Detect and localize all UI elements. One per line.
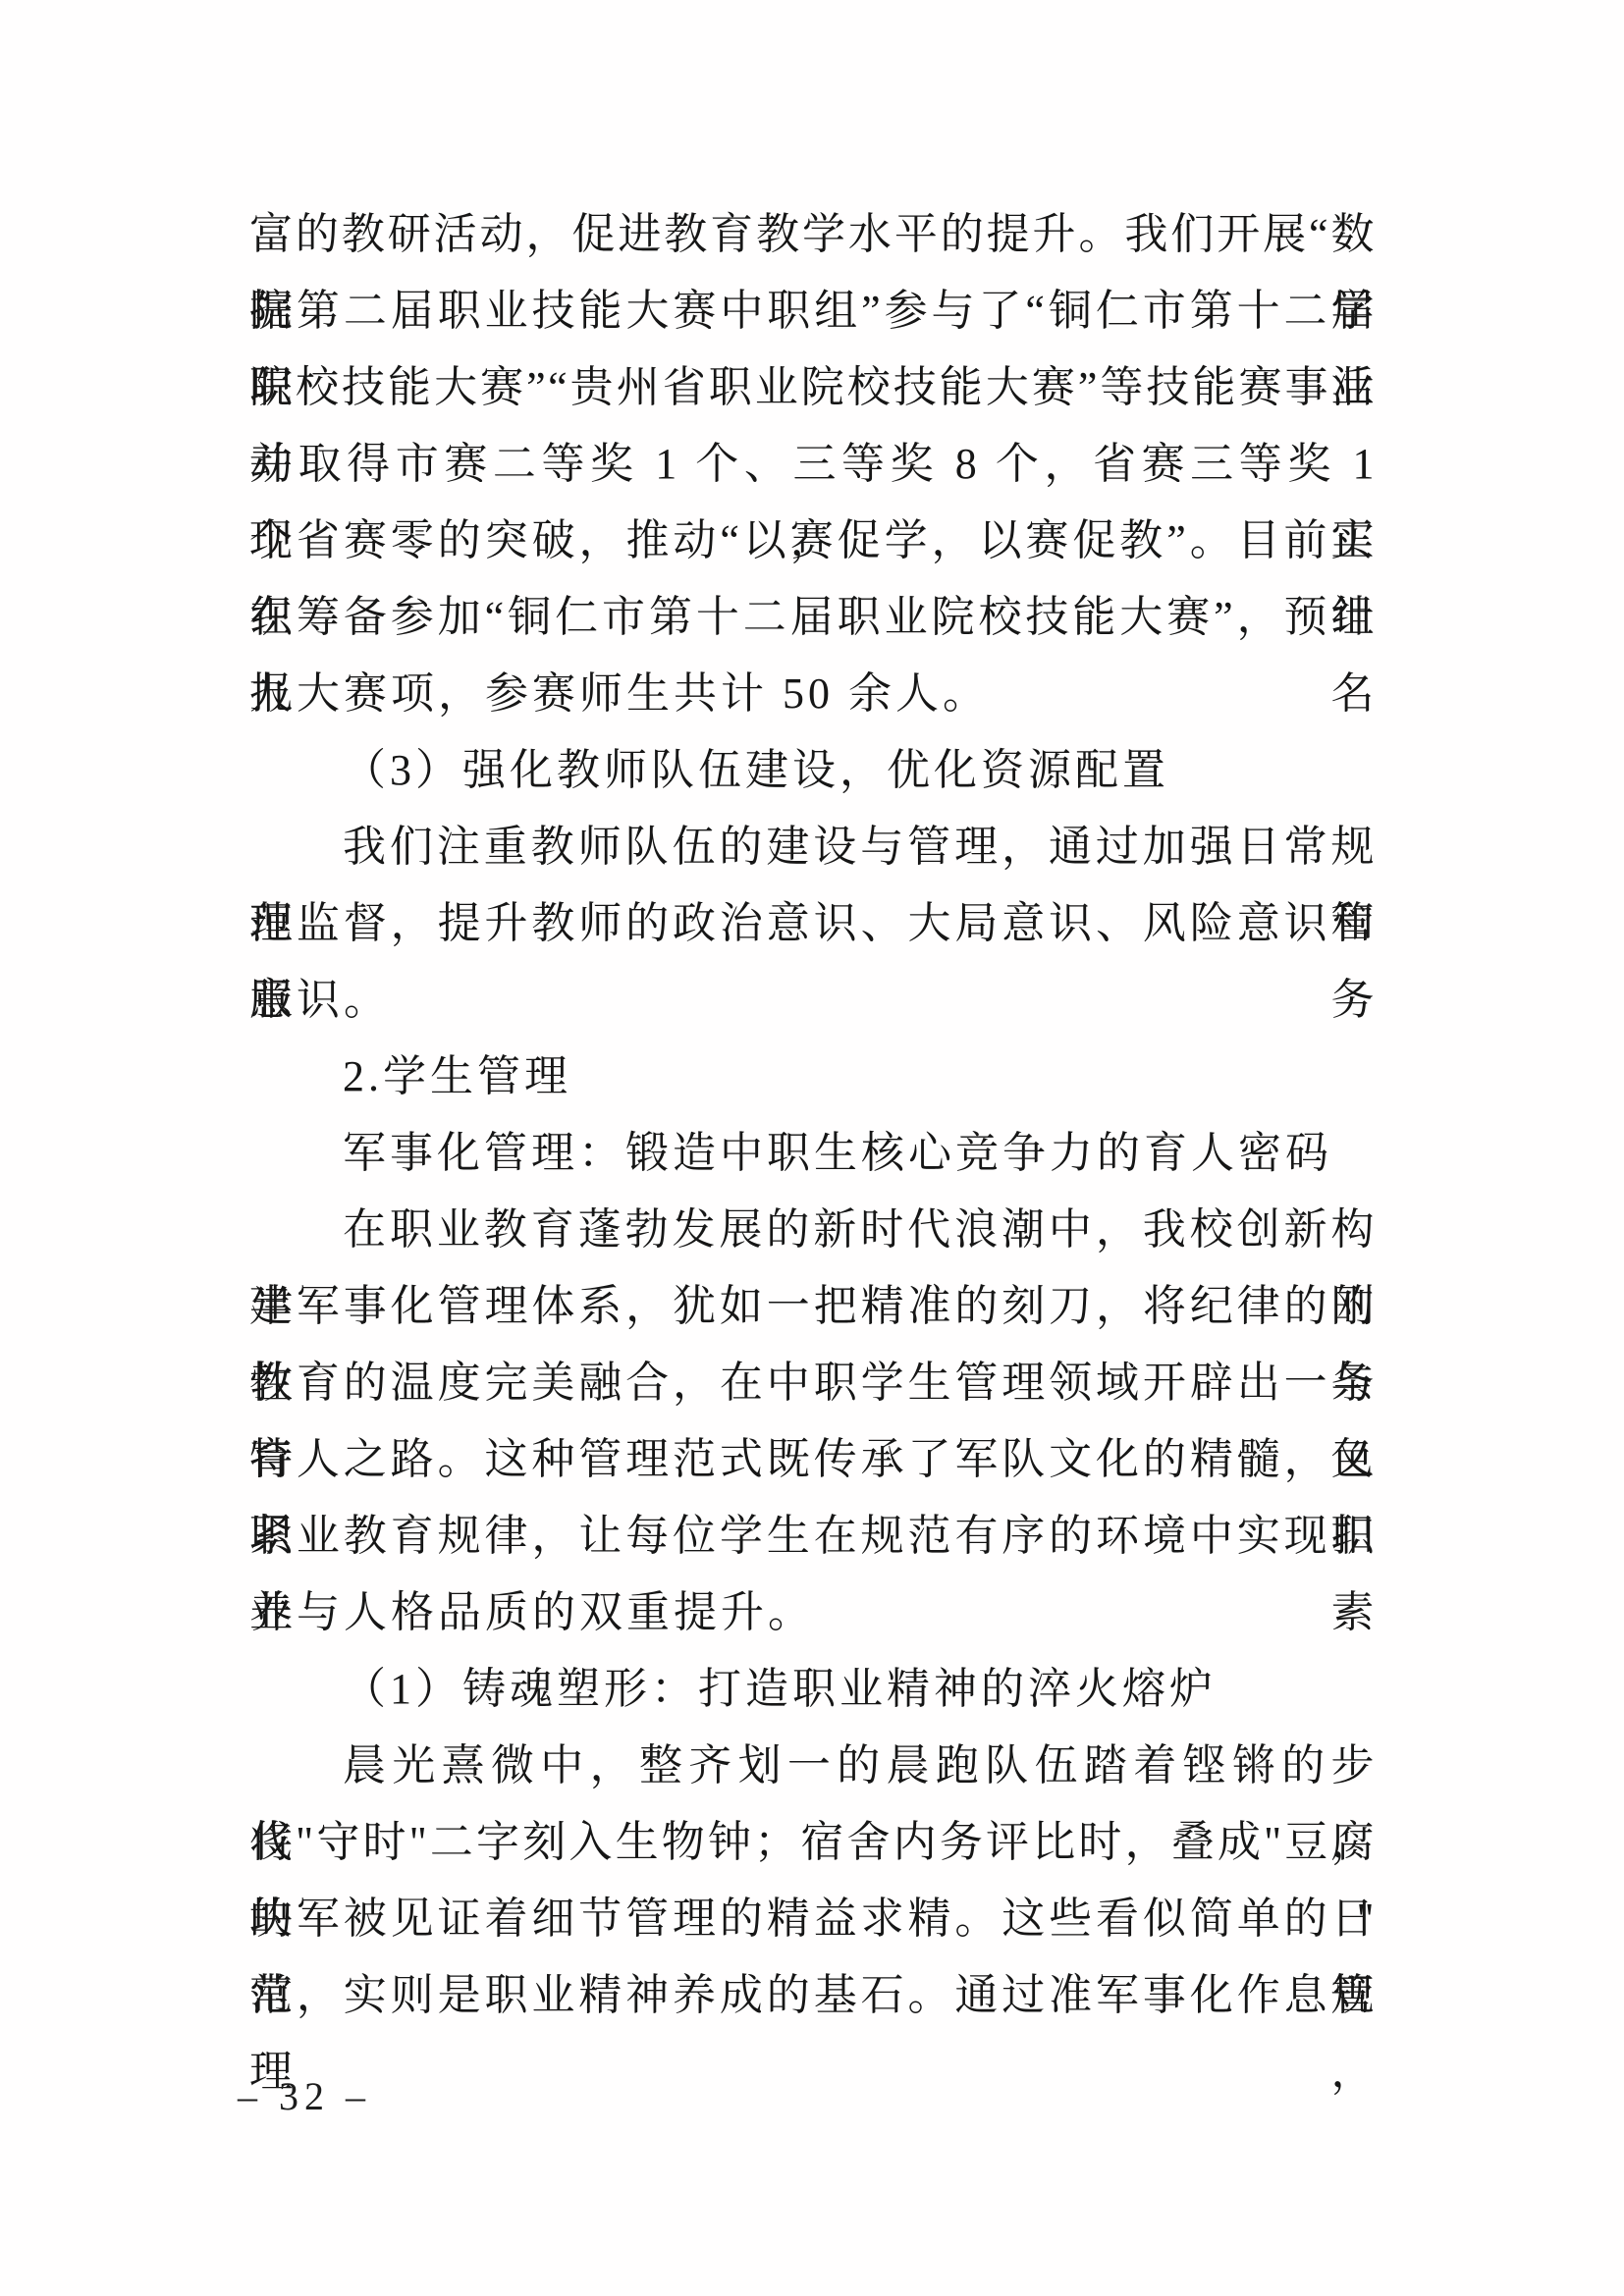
text-line: 院校技能大赛”“贵州省职业院校技能大赛”等技能赛事活动 bbox=[249, 349, 1377, 426]
text-line: 育人之路。这种管理范式既传承了军队文化的精髓，又紧扣 bbox=[249, 1421, 1377, 1498]
text-line: 在职业教育蓬勃发展的新时代浪潮中，我校创新构建的 bbox=[249, 1192, 1377, 1268]
document-body: 富的教研活动，促进教育教学水平的提升。我们开展“数据学 院第二届职业技能大赛中职… bbox=[249, 196, 1377, 2034]
text-line: 半军事化管理体系，犹如一把精准的刻刀，将纪律的刚性与 bbox=[249, 1268, 1377, 1345]
section-heading: 军事化管理：锻造中职生核心竞争力的育人密码 bbox=[249, 1115, 1377, 1192]
text-line: 教育的温度完美融合，在中职学生管理领域开辟出一条特色 bbox=[249, 1345, 1377, 1421]
text-line: 并取得市赛二等奖 1 个、三等奖 8 个，省赛三等奖 1 个，实 bbox=[249, 426, 1377, 503]
page-number: – 32 – bbox=[238, 2073, 371, 2120]
text-line: 富的教研活动，促进教育教学水平的提升。我们开展“数据学 bbox=[249, 196, 1377, 273]
text-line: 院第二届职业技能大赛中职组”参与了“铜仁市第十二届职业 bbox=[249, 273, 1377, 349]
text-line: 理监督，提升教师的政治意识、大局意识、风险意识和服务 bbox=[249, 885, 1377, 962]
text-line: 范，实则是职业精神养成的基石。通过准军事化作息管理， bbox=[249, 1957, 1377, 2034]
text-line: 的军被见证着细节管理的精益求精。这些看似简单的日常规 bbox=[249, 1881, 1377, 1957]
text-line: 织筹备参加“铜仁市第十二届职业院校技能大赛”，预计报名 bbox=[249, 579, 1377, 656]
text-line: 职业教育规律，让每位学生在规范有序的环境中实现职业素 bbox=[249, 1498, 1377, 1575]
text-line: 晨光熹微中，整齐划一的晨跑队伍踏着铿锵的步伐， bbox=[249, 1728, 1377, 1804]
section-heading: （1）铸魂塑形：打造职业精神的淬火熔炉 bbox=[249, 1651, 1377, 1728]
text-line: 现省赛零的突破，推动“以赛促学，以赛促教”。目前正在组 bbox=[249, 503, 1377, 579]
section-heading: （3）强化教师队伍建设，优化资源配置 bbox=[249, 732, 1377, 809]
document-page: 富的教研活动，促进教育教学水平的提升。我们开展“数据学 院第二届职业技能大赛中职… bbox=[0, 0, 1624, 2296]
text-line: 我们注重教师队伍的建设与管理，通过加强日常规范管 bbox=[249, 809, 1377, 885]
section-heading: 2.学生管理 bbox=[249, 1039, 1377, 1115]
text-line: 将"守时"二字刻入生物钟；宿舍内务评比时，叠成"豆腐块" bbox=[249, 1804, 1377, 1881]
